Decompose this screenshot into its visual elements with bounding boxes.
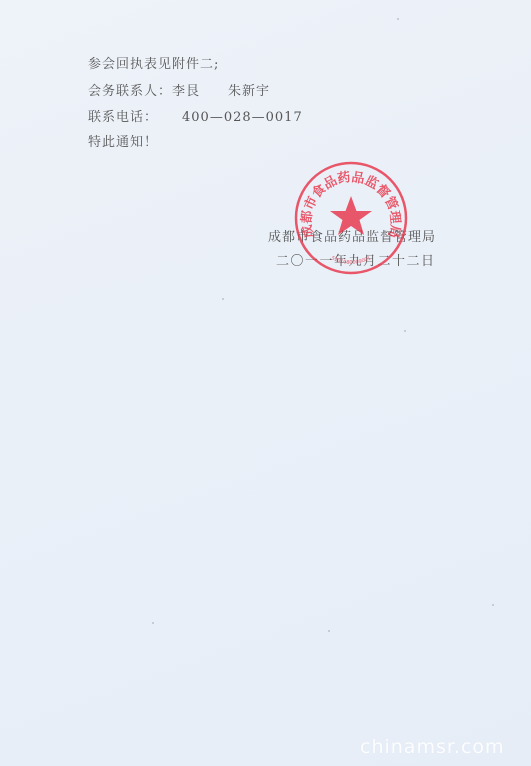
- contact-label: 会务联系人：李艮: [88, 84, 200, 99]
- contact-persons: 会务联系人：李艮朱新宇: [88, 80, 270, 99]
- seal-serial: 5101080009001: [330, 255, 372, 265]
- phone-number: 400—028—0017: [182, 110, 303, 125]
- phone-label: 联系电话：: [88, 110, 158, 125]
- watermark: chinamsr.com: [360, 736, 505, 758]
- official-seal-icon: 成都市食品药品监督管理局 5101080009001: [293, 160, 409, 276]
- contact-person-2: 朱新宇: [228, 84, 270, 99]
- contact-phone: 联系电话：400—028—0017: [88, 106, 303, 125]
- document-page: 参会回执表见附件二; 会务联系人：李艮朱新宇 联系电话：400—028—0017…: [0, 0, 531, 766]
- attachment-note: 参会回执表见附件二;: [88, 53, 219, 72]
- closing-note: 特此通知！: [88, 131, 158, 150]
- svg-text:5101080009001: 5101080009001: [330, 255, 372, 265]
